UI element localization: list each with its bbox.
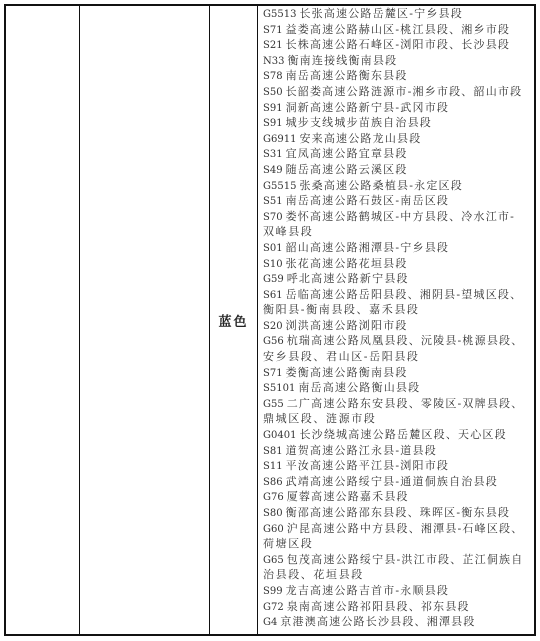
- road-code: S86: [263, 477, 283, 488]
- road-code: S91: [263, 118, 283, 129]
- road-section-line: G56杭瑞高速公路凤凰县段、沅陵县-桃源县段、: [263, 333, 534, 349]
- road-section-text: 衡邵高速公路邵东县段、珠晖区-衡东县段: [286, 506, 511, 519]
- road-section-text: 荷塘区段: [263, 537, 313, 550]
- road-code: S5101: [263, 383, 295, 394]
- road-code: S50: [263, 87, 283, 98]
- road-section-text: 安乡县段、君山区-岳阳县段: [263, 350, 420, 363]
- road-section-line: G6911安来高速公路龙山县段: [263, 131, 534, 147]
- road-section-text: 道贺高速公路江永县-道县段: [286, 444, 437, 457]
- road-code: S01: [263, 243, 283, 254]
- road-section-line: 衡阳县-衡南县段、嘉禾县段: [263, 302, 534, 318]
- road-code: G60: [263, 524, 284, 535]
- road-section-text: 浏洪高速公路浏阳市段: [286, 319, 408, 332]
- road-warning-table: 蓝色 G5513长张高速公路岳麓区-宁乡县段S71益娄高速公路赫山区-桃江县段、…: [4, 4, 536, 636]
- road-section-text: 张花高速公路花垣县段: [286, 257, 408, 270]
- road-section-text: 娄衡高速公路衡南县段: [286, 366, 408, 379]
- road-section-line: S80衡邵高速公路邵东县段、珠晖区-衡东县段: [263, 505, 534, 521]
- road-section-line: S5101南岳高速公路衡山县段: [263, 380, 534, 396]
- road-section-text: 南岳高速公路衡山县段: [298, 381, 420, 394]
- road-code: G65: [263, 555, 284, 566]
- road-section-line: G0401长沙绕城高速公路岳麓区段、天心区段: [263, 427, 534, 443]
- road-section-line: S99龙吉高速公路吉首市-永顺县段: [263, 583, 534, 599]
- road-section-line: S20浏洪高速公路浏阳市段: [263, 318, 534, 334]
- road-section-line: S71益娄高速公路赫山区-桃江县段、湘乡市段: [263, 22, 534, 38]
- warning-level-cell: 蓝色: [210, 6, 258, 634]
- road-code: S20: [263, 321, 283, 332]
- road-code: G72: [263, 602, 284, 613]
- road-section-line: G59呼北高速公路新宁县段: [263, 271, 534, 287]
- road-section-text: 衡阳县-衡南县段、嘉禾县段: [263, 303, 420, 316]
- road-section-line: 安乡县段、君山区-岳阳县段: [263, 349, 534, 365]
- road-section-text: 呼北高速公路新宁县段: [287, 272, 409, 285]
- road-section-line: 鼎城区段、涟源市段: [263, 411, 534, 427]
- road-code: S51: [263, 196, 283, 207]
- road-section-text: 厦蓉高速公路嘉禾县段: [287, 490, 409, 503]
- road-section-text: 南岳高速公路衡东县段: [286, 69, 408, 82]
- road-section-line: G5513长张高速公路岳麓区-宁乡县段: [263, 6, 534, 22]
- road-code: G55: [263, 399, 284, 410]
- road-code: G0401: [263, 430, 296, 441]
- road-section-line: 治县段、花垣县段: [263, 567, 534, 583]
- road-section-text: 泉南高速公路祁阳县段、祁东县段: [287, 600, 470, 613]
- road-section-text: 包茂高速公路绥宁县-洪江市段、芷江侗族自: [287, 553, 524, 566]
- road-section-text: 宜凤高速公路宜章县段: [286, 147, 408, 160]
- road-code: S70: [263, 212, 283, 223]
- road-section-text: 张桑高速公路桑植县-永定区段: [299, 179, 463, 192]
- road-section-text: 安来高速公路龙山县段: [299, 132, 421, 145]
- road-section-line: S78南岳高速公路衡东县段: [263, 68, 534, 84]
- road-code: S81: [263, 446, 283, 457]
- road-section-text: 沪昆高速公路中方县段、湘潭县-石峰区段、: [287, 522, 524, 535]
- road-section-line: S49随岳高速公路云溪区段: [263, 162, 534, 178]
- road-section-line: S70娄怀高速公路鹤城区-中方县段、冷水江市-: [263, 209, 534, 225]
- road-code: G4: [263, 617, 277, 628]
- road-section-line: S86武靖高速公路绥宁县-通道侗族自治县段: [263, 474, 534, 490]
- road-section-line: S10张花高速公路花垣县段: [263, 256, 534, 272]
- road-code: N33: [263, 56, 284, 67]
- warning-level-label: 蓝色: [218, 311, 248, 330]
- road-section-text: 长沙绕城高速公路岳麓区段、天心区段: [299, 428, 506, 441]
- road-code: G59: [263, 274, 284, 285]
- road-section-line: S01韶山高速公路湘潭县-宁乡县段: [263, 240, 534, 256]
- road-section-text: 京港澳高速公路长沙县段、湘潭县段: [280, 615, 475, 628]
- road-section-line: S61岳临高速公路岳阳县段、湘阴县-望城区段、: [263, 287, 534, 303]
- road-section-text: 杭瑞高速公路凤凰县段、沅陵县-桃源县段、: [287, 334, 524, 347]
- road-section-text: 城步支线城步苗族自治县段: [286, 116, 432, 129]
- road-section-line: G65包茂高速公路绥宁县-洪江市段、芷江侗族自: [263, 552, 534, 568]
- road-code: G56: [263, 336, 284, 347]
- road-section-line: S91洞新高速公路新宁县-武冈市段: [263, 100, 534, 116]
- road-code: S31: [263, 149, 283, 160]
- road-section-line: S21长株高速公路石峰区-浏阳市段、长沙县段: [263, 37, 534, 53]
- road-section-text: 平汝高速公路平江县-浏阳市段: [286, 459, 450, 472]
- road-section-line: G5515张桑高速公路桑植县-永定区段: [263, 178, 534, 194]
- road-section-text: 二广高速公路东安县段、零陵区-双牌县段、: [287, 397, 524, 410]
- road-section-text: 鼎城区段、涟源市段: [263, 412, 376, 425]
- road-section-line: 荷塘区段: [263, 536, 534, 552]
- road-section-line: S91城步支线城步苗族自治县段: [263, 115, 534, 131]
- road-section-line: S71娄衡高速公路衡南县段: [263, 365, 534, 381]
- road-code: S78: [263, 71, 283, 82]
- road-section-line: G60沪昆高速公路中方县段、湘潭县-石峰区段、: [263, 521, 534, 537]
- road-code: S71: [263, 25, 283, 36]
- table-column-2-empty: [80, 6, 210, 634]
- road-section-text: 长韶娄高速公路涟源市-湘乡市段、韶山市段: [286, 85, 523, 98]
- road-section-text: 武靖高速公路绥宁县-通道侗族自治县段: [286, 475, 498, 488]
- road-section-text: 洞新高速公路新宁县-武冈市段: [286, 101, 450, 114]
- road-section-line: S11平汝高速公路平江县-浏阳市段: [263, 458, 534, 474]
- road-code: S49: [263, 165, 283, 176]
- table-column-1-empty: [6, 6, 80, 634]
- road-section-text: 双峰县段: [263, 225, 313, 238]
- road-section-text: 治县段、花垣县段: [263, 568, 364, 581]
- road-code: G76: [263, 492, 284, 503]
- road-section-line: G55二广高速公路东安县段、零陵区-双牌县段、: [263, 396, 534, 412]
- road-code: S99: [263, 586, 283, 597]
- road-code: G5515: [263, 181, 296, 192]
- road-sections-cell: G5513长张高速公路岳麓区-宁乡县段S71益娄高速公路赫山区-桃江县段、湘乡市…: [258, 6, 534, 634]
- road-section-line: S31宜凤高速公路宜章县段: [263, 146, 534, 162]
- road-code: S21: [263, 40, 283, 51]
- road-code: S71: [263, 368, 283, 379]
- road-section-line: S51南岳高速公路石鼓区-南岳区段: [263, 193, 534, 209]
- road-code: G6911: [263, 134, 296, 145]
- road-code: S10: [263, 259, 283, 270]
- road-section-text: 衡南连接线衡南县段: [287, 54, 397, 67]
- road-section-text: 南岳高速公路石鼓区-南岳区段: [286, 194, 450, 207]
- road-code: G5513: [263, 9, 296, 20]
- road-code: S11: [263, 461, 283, 472]
- road-code: S61: [263, 290, 283, 301]
- road-section-text: 娄怀高速公路鹤城区-中方县段、冷水江市-: [286, 210, 515, 223]
- road-section-line: G76厦蓉高速公路嘉禾县段: [263, 489, 534, 505]
- road-section-list: G5513长张高速公路岳麓区-宁乡县段S71益娄高速公路赫山区-桃江县段、湘乡市…: [263, 6, 534, 630]
- road-section-text: 随岳高速公路云溪区段: [286, 163, 408, 176]
- road-section-text: 长张高速公路岳麓区-宁乡县段: [299, 7, 463, 20]
- road-code: S80: [263, 508, 283, 519]
- road-section-line: S50长韶娄高速公路涟源市-湘乡市段、韶山市段: [263, 84, 534, 100]
- road-section-line: N33衡南连接线衡南县段: [263, 53, 534, 69]
- road-section-line: G4京港澳高速公路长沙县段、湘潭县段: [263, 614, 534, 630]
- road-section-line: S81道贺高速公路江永县-道县段: [263, 443, 534, 459]
- road-section-text: 韶山高速公路湘潭县-宁乡县段: [286, 241, 450, 254]
- road-section-text: 龙吉高速公路吉首市-永顺县段: [286, 584, 450, 597]
- road-section-text: 长株高速公路石峰区-浏阳市段、长沙县段: [286, 38, 511, 51]
- road-section-line: G72泉南高速公路祁阳县段、祁东县段: [263, 599, 534, 615]
- road-section-line: 双峰县段: [263, 224, 534, 240]
- road-section-text: 益娄高速公路赫山区-桃江县段、湘乡市段: [286, 23, 511, 36]
- road-section-text: 岳临高速公路岳阳县段、湘阴县-望城区段、: [286, 288, 523, 301]
- road-code: S91: [263, 103, 283, 114]
